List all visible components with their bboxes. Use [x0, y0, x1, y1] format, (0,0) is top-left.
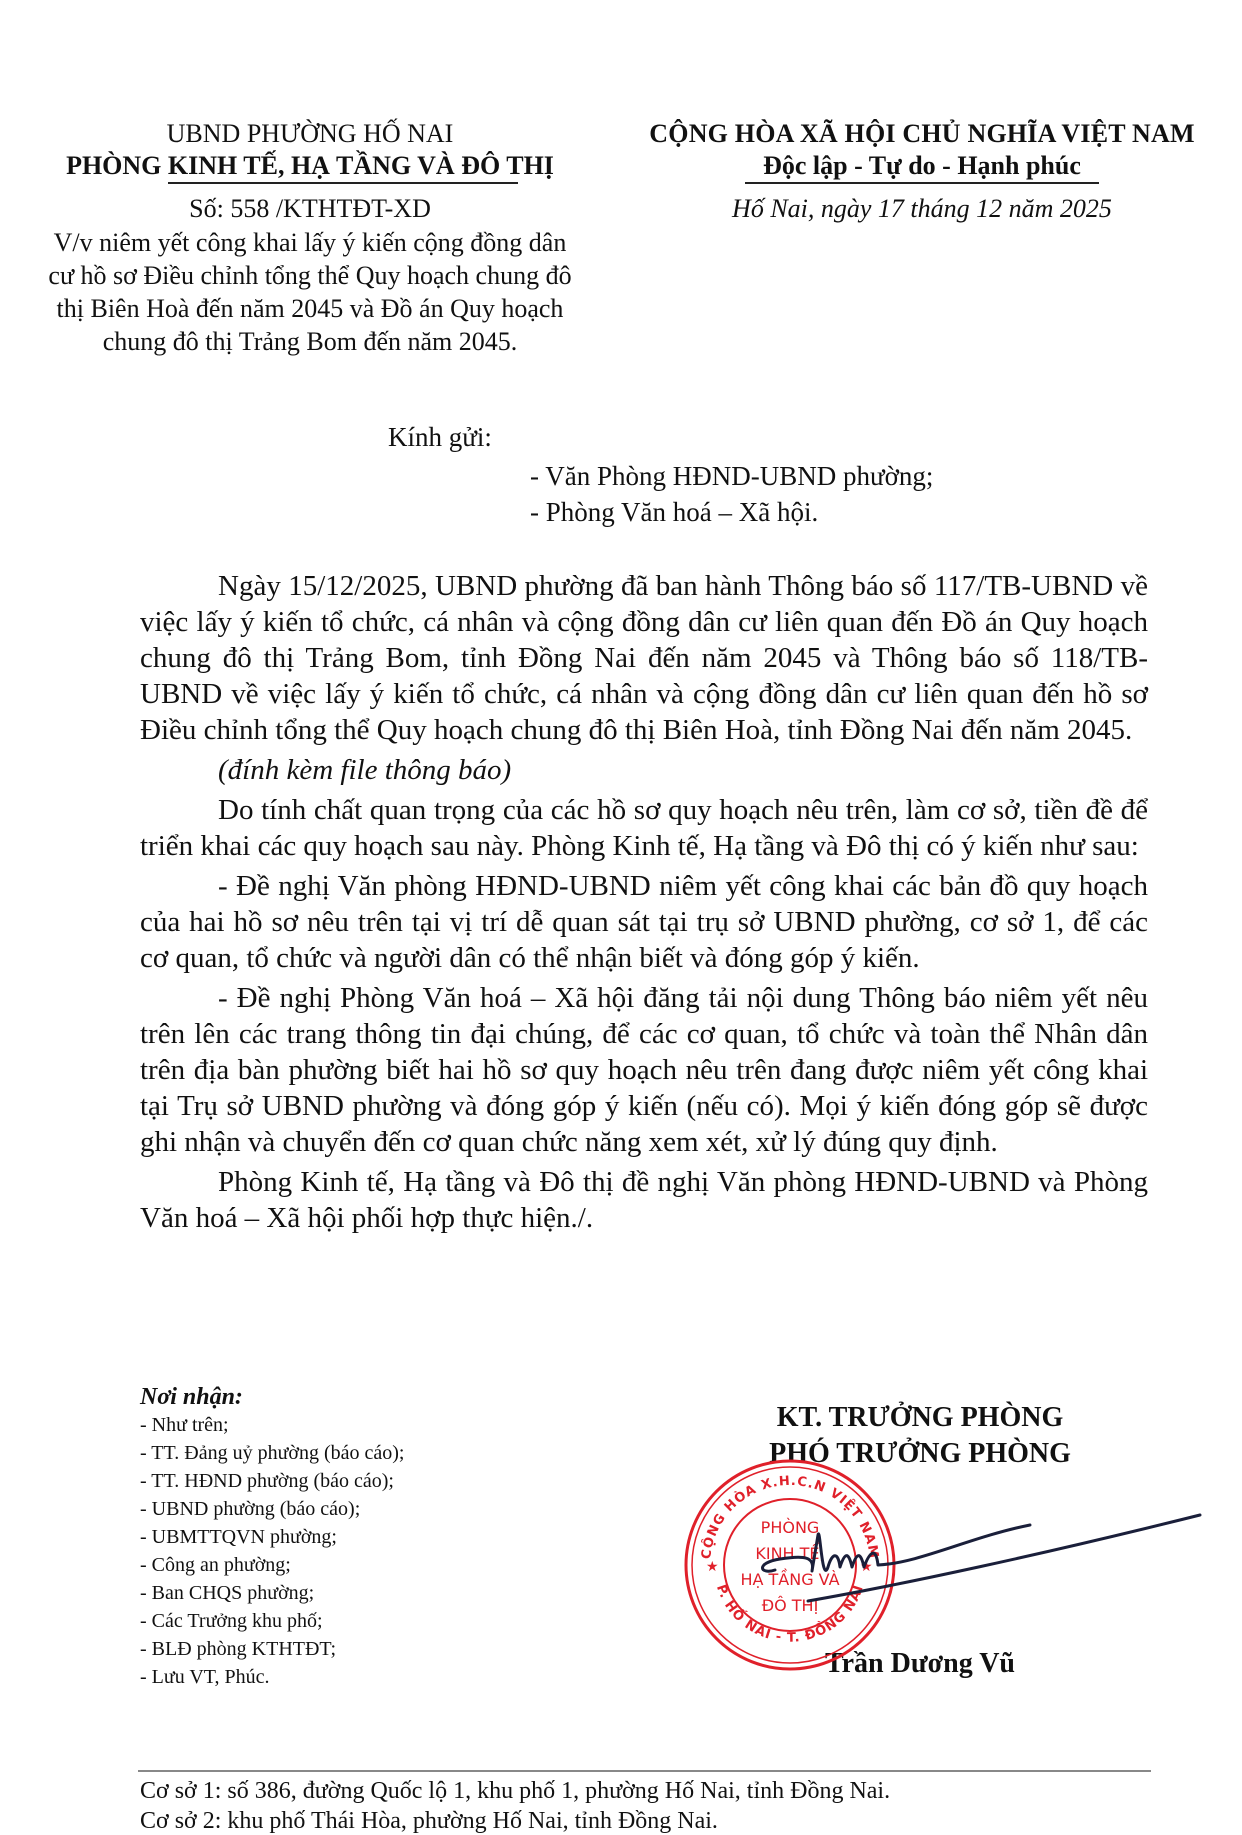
- handwritten-signature-icon: [720, 1475, 1220, 1635]
- department-underline: [168, 182, 518, 184]
- svg-text:★: ★: [706, 1559, 719, 1575]
- footer-addresses: Cơ sở 1: số 386, đường Quốc lộ 1, khu ph…: [140, 1776, 890, 1835]
- distribution-item: - Lưu VT, Phúc.: [140, 1663, 580, 1691]
- body-paragraph: Ngày 15/12/2025, UBND phường đã ban hành…: [140, 568, 1148, 748]
- body-paragraph: - Đề nghị Phòng Văn hoá – Xã hội đăng tả…: [140, 980, 1148, 1160]
- distribution-item: - Ban CHQS phường;: [140, 1579, 580, 1607]
- footer-address-line: Cơ sở 2: khu phố Thái Hòa, phường Hố Nai…: [140, 1806, 890, 1835]
- national-motto: Độc lập - Tự do - Hạnh phúc: [763, 150, 1081, 182]
- issuer-header: UBND PHƯỜNG HỐ NAI PHÒNG KINH TẾ, HẠ TẦN…: [30, 118, 590, 358]
- body-paragraph: - Đề nghị Văn phòng HĐND-UBND niêm yết c…: [140, 868, 1148, 976]
- document-number: Số: 558 /KTHTĐT-XD: [30, 192, 590, 226]
- distribution-item: - UBMTTQVN phường;: [140, 1523, 580, 1551]
- addressee-item: - Phòng Văn hoá – Xã hội.: [530, 494, 933, 530]
- distribution-item: - Các Trưởng khu phố;: [140, 1607, 580, 1635]
- motto-underline: [745, 182, 1099, 184]
- body-paragraph: Phòng Kinh tế, Hạ tầng và Đô thị đề nghị…: [140, 1164, 1148, 1236]
- addressee-item: - Văn Phòng HĐND-UBND phường;: [530, 458, 933, 494]
- issuer-org: UBND PHƯỜNG HỐ NAI: [30, 118, 590, 150]
- distribution-item: - TT. HĐND phường (báo cáo);: [140, 1467, 580, 1495]
- distribution-item: - Công an phường;: [140, 1551, 580, 1579]
- distribution-item: - BLĐ phòng KTHTĐT;: [140, 1635, 580, 1663]
- distribution-title: Nơi nhận:: [140, 1383, 580, 1411]
- body-paragraph: Do tính chất quan trọng của các hồ sơ qu…: [140, 792, 1148, 864]
- distribution-list: Nơi nhận: - Như trên; - TT. Đảng uỷ phườ…: [140, 1383, 580, 1691]
- issuer-department: PHÒNG KINH TẾ, HẠ TẦNG VÀ ĐÔ THỊ: [30, 150, 590, 182]
- addressee-label: Kính gửi:: [388, 422, 492, 453]
- signer-title-1: KT. TRƯỞNG PHÒNG: [700, 1400, 1140, 1436]
- document-subject: V/v niêm yết công khai lấy ý kiến cộng đ…: [30, 226, 590, 358]
- footer-address-line: Cơ sở 1: số 386, đường Quốc lộ 1, khu ph…: [140, 1776, 890, 1806]
- footer-divider: [138, 1770, 1151, 1772]
- distribution-item: - Như trên;: [140, 1411, 580, 1439]
- document-date: Hố Nai, ngày 17 tháng 12 năm 2025: [612, 192, 1232, 226]
- addressee-list: - Văn Phòng HĐND-UBND phường; - Phòng Vă…: [530, 458, 933, 530]
- national-title: CỘNG HÒA XÃ HỘI CHỦ NGHĨA VIỆT NAM: [612, 118, 1232, 150]
- national-header: CỘNG HÒA XÃ HỘI CHỦ NGHĨA VIỆT NAM Độc l…: [612, 118, 1232, 226]
- attachment-note: (đính kèm file thông báo): [140, 752, 1148, 788]
- distribution-item: - TT. Đảng uỷ phường (báo cáo);: [140, 1439, 580, 1467]
- document-body: Ngày 15/12/2025, UBND phường đã ban hành…: [140, 568, 1148, 1240]
- distribution-item: - UBND phường (báo cáo);: [140, 1495, 580, 1523]
